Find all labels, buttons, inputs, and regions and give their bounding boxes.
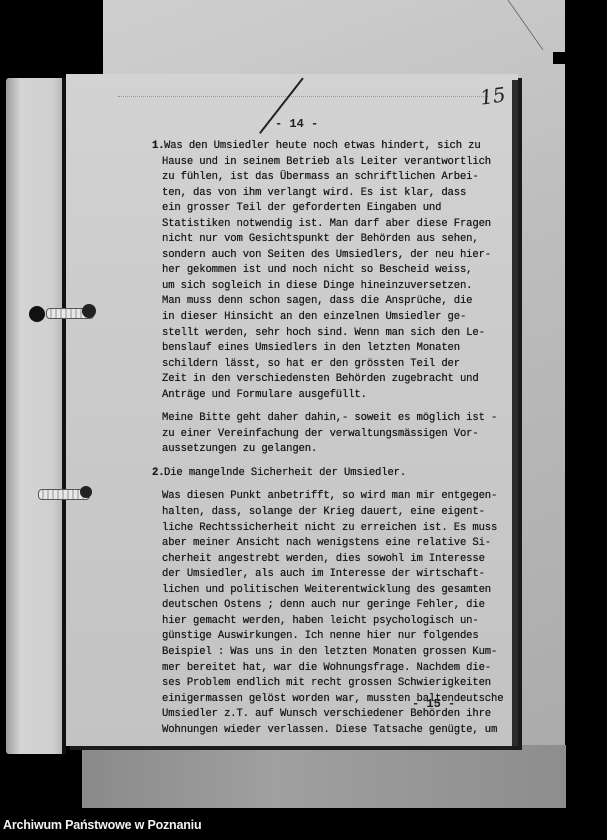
binding-hole-icon xyxy=(82,304,96,318)
text-line: halten, dass, solange der Krieg dauert, … xyxy=(162,505,497,521)
page-number-bottom: - 15 - xyxy=(412,697,455,711)
line-text: schildern lässt, so hat er den grössten … xyxy=(162,358,460,370)
text-line: zu fühlen, ist das Übermass an schriftli… xyxy=(162,170,497,186)
faded-header-marks xyxy=(118,96,488,111)
line-text: der Umsiedler, als auch im Interesse der… xyxy=(162,568,485,580)
back-sheet-bottom xyxy=(82,745,566,808)
text-line: Meine Bitte geht daher dahin,- soweit es… xyxy=(162,411,497,427)
text-line: ses Problem endlich mit recht grossen Sc… xyxy=(162,676,497,692)
line-text: Meine Bitte geht daher dahin,- soweit es… xyxy=(162,412,497,424)
text-line: Zeit in den verschiedensten Behörden zug… xyxy=(162,372,497,388)
text-line: hier gemacht werden, haben leicht psycho… xyxy=(162,614,497,630)
paragraph-gap xyxy=(162,403,497,411)
line-text: zu einer Vereinfachung der verwaltungsmä… xyxy=(162,428,479,440)
text-line: ein grosser Teil der geforderten Eingabe… xyxy=(162,201,497,217)
line-text: lichen und politischen Weiterentwicklung… xyxy=(162,584,491,596)
text-line: lichen und politischen Weiterentwicklung… xyxy=(162,583,497,599)
line-text: Die mangelnde Sicherheit der Umsiedler. xyxy=(164,467,406,479)
line-text: halten, dass, solange der Krieg dauert, … xyxy=(162,506,485,518)
page-number-top: - 14 - xyxy=(275,117,318,131)
line-text: Hause und in seinem Betrieb als Leiter v… xyxy=(162,156,491,168)
text-line: um sich sogleich in diese Dinge hineinzu… xyxy=(162,279,497,295)
line-text: Zeit in den verschiedensten Behörden zug… xyxy=(162,373,479,385)
line-text: sondern auch von Seiten des Umsiedlers, … xyxy=(162,249,491,261)
list-number: 2. xyxy=(152,466,164,482)
line-text: um sich sogleich in diese Dinge hineinzu… xyxy=(162,280,472,292)
text-line: zu einer Vereinfachung der verwaltungsmä… xyxy=(162,427,497,443)
line-text: stellt werden, sehr hoch sind. Wenn man … xyxy=(162,327,485,339)
line-text: aber meiner Ansicht nach wenigstens eine… xyxy=(162,537,491,549)
handwritten-folio-number: 15 xyxy=(478,82,507,109)
text-line: liche Rechtssicherheit nicht zu erreiche… xyxy=(162,521,497,537)
binder-spine xyxy=(6,78,64,754)
line-text: deutschen Ostens ; denn auch nur geringe… xyxy=(162,599,485,611)
text-line: her gekommen ist und noch nicht so Besch… xyxy=(162,263,497,279)
text-line: ten, das von ihm verlangt wird. Es ist k… xyxy=(162,186,497,202)
text-line: in dieser Hinsicht an den einzelnen Umsi… xyxy=(162,310,497,326)
line-text: ses Problem endlich mit recht grossen Sc… xyxy=(162,677,491,689)
text-line: Was diesen Punkt anbetrifft, so wird man… xyxy=(162,489,497,505)
line-text: cherheit angestrebt werden, dies sowohl … xyxy=(162,553,485,565)
text-line: Wohnungen wieder verlassen. Diese Tatsac… xyxy=(162,723,497,739)
line-text: zu fühlen, ist das Übermass an schriftli… xyxy=(162,171,479,183)
text-line: aussetzungen zu gelangen. xyxy=(162,442,497,458)
paragraph-gap xyxy=(162,481,497,489)
line-text: her gekommen ist und noch nicht so Besch… xyxy=(162,264,472,276)
text-line: deutschen Ostens ; denn auch nur geringe… xyxy=(162,598,497,614)
text-line: stellt werden, sehr hoch sind. Wenn man … xyxy=(162,326,497,342)
text-line: günstige Auswirkungen. Ich nenne hier nu… xyxy=(162,629,497,645)
text-line: 2.Die mangelnde Sicherheit der Umsiedler… xyxy=(162,466,497,482)
text-line: Anträge und Formulare ausgefüllt. xyxy=(162,388,497,404)
list-number: 1. xyxy=(152,139,164,155)
text-line: mer bereitet hat, war die Wohnungsfrage.… xyxy=(162,661,497,677)
text-line: Hause und in seinem Betrieb als Leiter v… xyxy=(162,155,497,171)
text-line: der Umsiedler, als auch im Interesse der… xyxy=(162,567,497,583)
line-text: Was diesen Punkt anbetrifft, so wird man… xyxy=(162,490,497,502)
text-line: Man muss denn schon sagen, dass die Ansp… xyxy=(162,294,497,310)
line-text: ein grosser Teil der geforderten Eingabe… xyxy=(162,202,441,214)
line-text: günstige Auswirkungen. Ich nenne hier nu… xyxy=(162,630,479,642)
typewritten-body: 1.Was den Umsiedler heute noch etwas hin… xyxy=(162,139,497,738)
text-line: aber meiner Ansicht nach wenigstens eine… xyxy=(162,536,497,552)
binding-hole-icon xyxy=(29,306,45,322)
text-line: sondern auch von Seiten des Umsiedlers, … xyxy=(162,248,497,264)
archive-watermark: Archiwum Państwowe w Poznaniu xyxy=(3,818,201,832)
text-line: Beispiel : Was uns in den letzten Monate… xyxy=(162,645,497,661)
line-text: aussetzungen zu gelangen. xyxy=(162,443,317,455)
page-edge-shadow xyxy=(512,80,518,746)
line-text: benslauf eines Umsiedlers in den letzten… xyxy=(162,342,460,354)
text-line: schildern lässt, so hat er den grössten … xyxy=(162,357,497,373)
line-text: ten, das von ihm verlangt wird. Es ist k… xyxy=(162,187,466,199)
line-text: hier gemacht werden, haben leicht psycho… xyxy=(162,615,479,627)
line-text: liche Rechtssicherheit nicht zu erreiche… xyxy=(162,522,497,534)
paragraph-gap xyxy=(162,458,497,466)
line-text: Beispiel : Was uns in den letzten Monate… xyxy=(162,646,497,658)
text-line: cherheit angestrebt werden, dies sowohl … xyxy=(162,552,497,568)
text-line: nicht nur vom Gesichtspunkt der Behörden… xyxy=(162,232,497,248)
binding-hole-icon xyxy=(80,486,92,498)
paper-notch xyxy=(553,52,565,64)
line-text: Statistiken notwendig ist. Man darf aber… xyxy=(162,218,491,230)
text-line: Statistiken notwendig ist. Man darf aber… xyxy=(162,217,497,233)
line-text: Wohnungen wieder verlassen. Diese Tatsac… xyxy=(162,724,497,736)
line-text: Man muss denn schon sagen, dass die Ansp… xyxy=(162,295,472,307)
text-line: benslauf eines Umsiedlers in den letzten… xyxy=(162,341,497,357)
line-text: nicht nur vom Gesichtspunkt der Behörden… xyxy=(162,233,479,245)
line-text: Was den Umsiedler heute noch etwas hinde… xyxy=(164,140,481,152)
line-text: in dieser Hinsicht an den einzelnen Umsi… xyxy=(162,311,466,323)
text-line: 1.Was den Umsiedler heute noch etwas hin… xyxy=(162,139,497,155)
line-text: Anträge und Formulare ausgefüllt. xyxy=(162,389,367,401)
line-text: mer bereitet hat, war die Wohnungsfrage.… xyxy=(162,662,491,674)
